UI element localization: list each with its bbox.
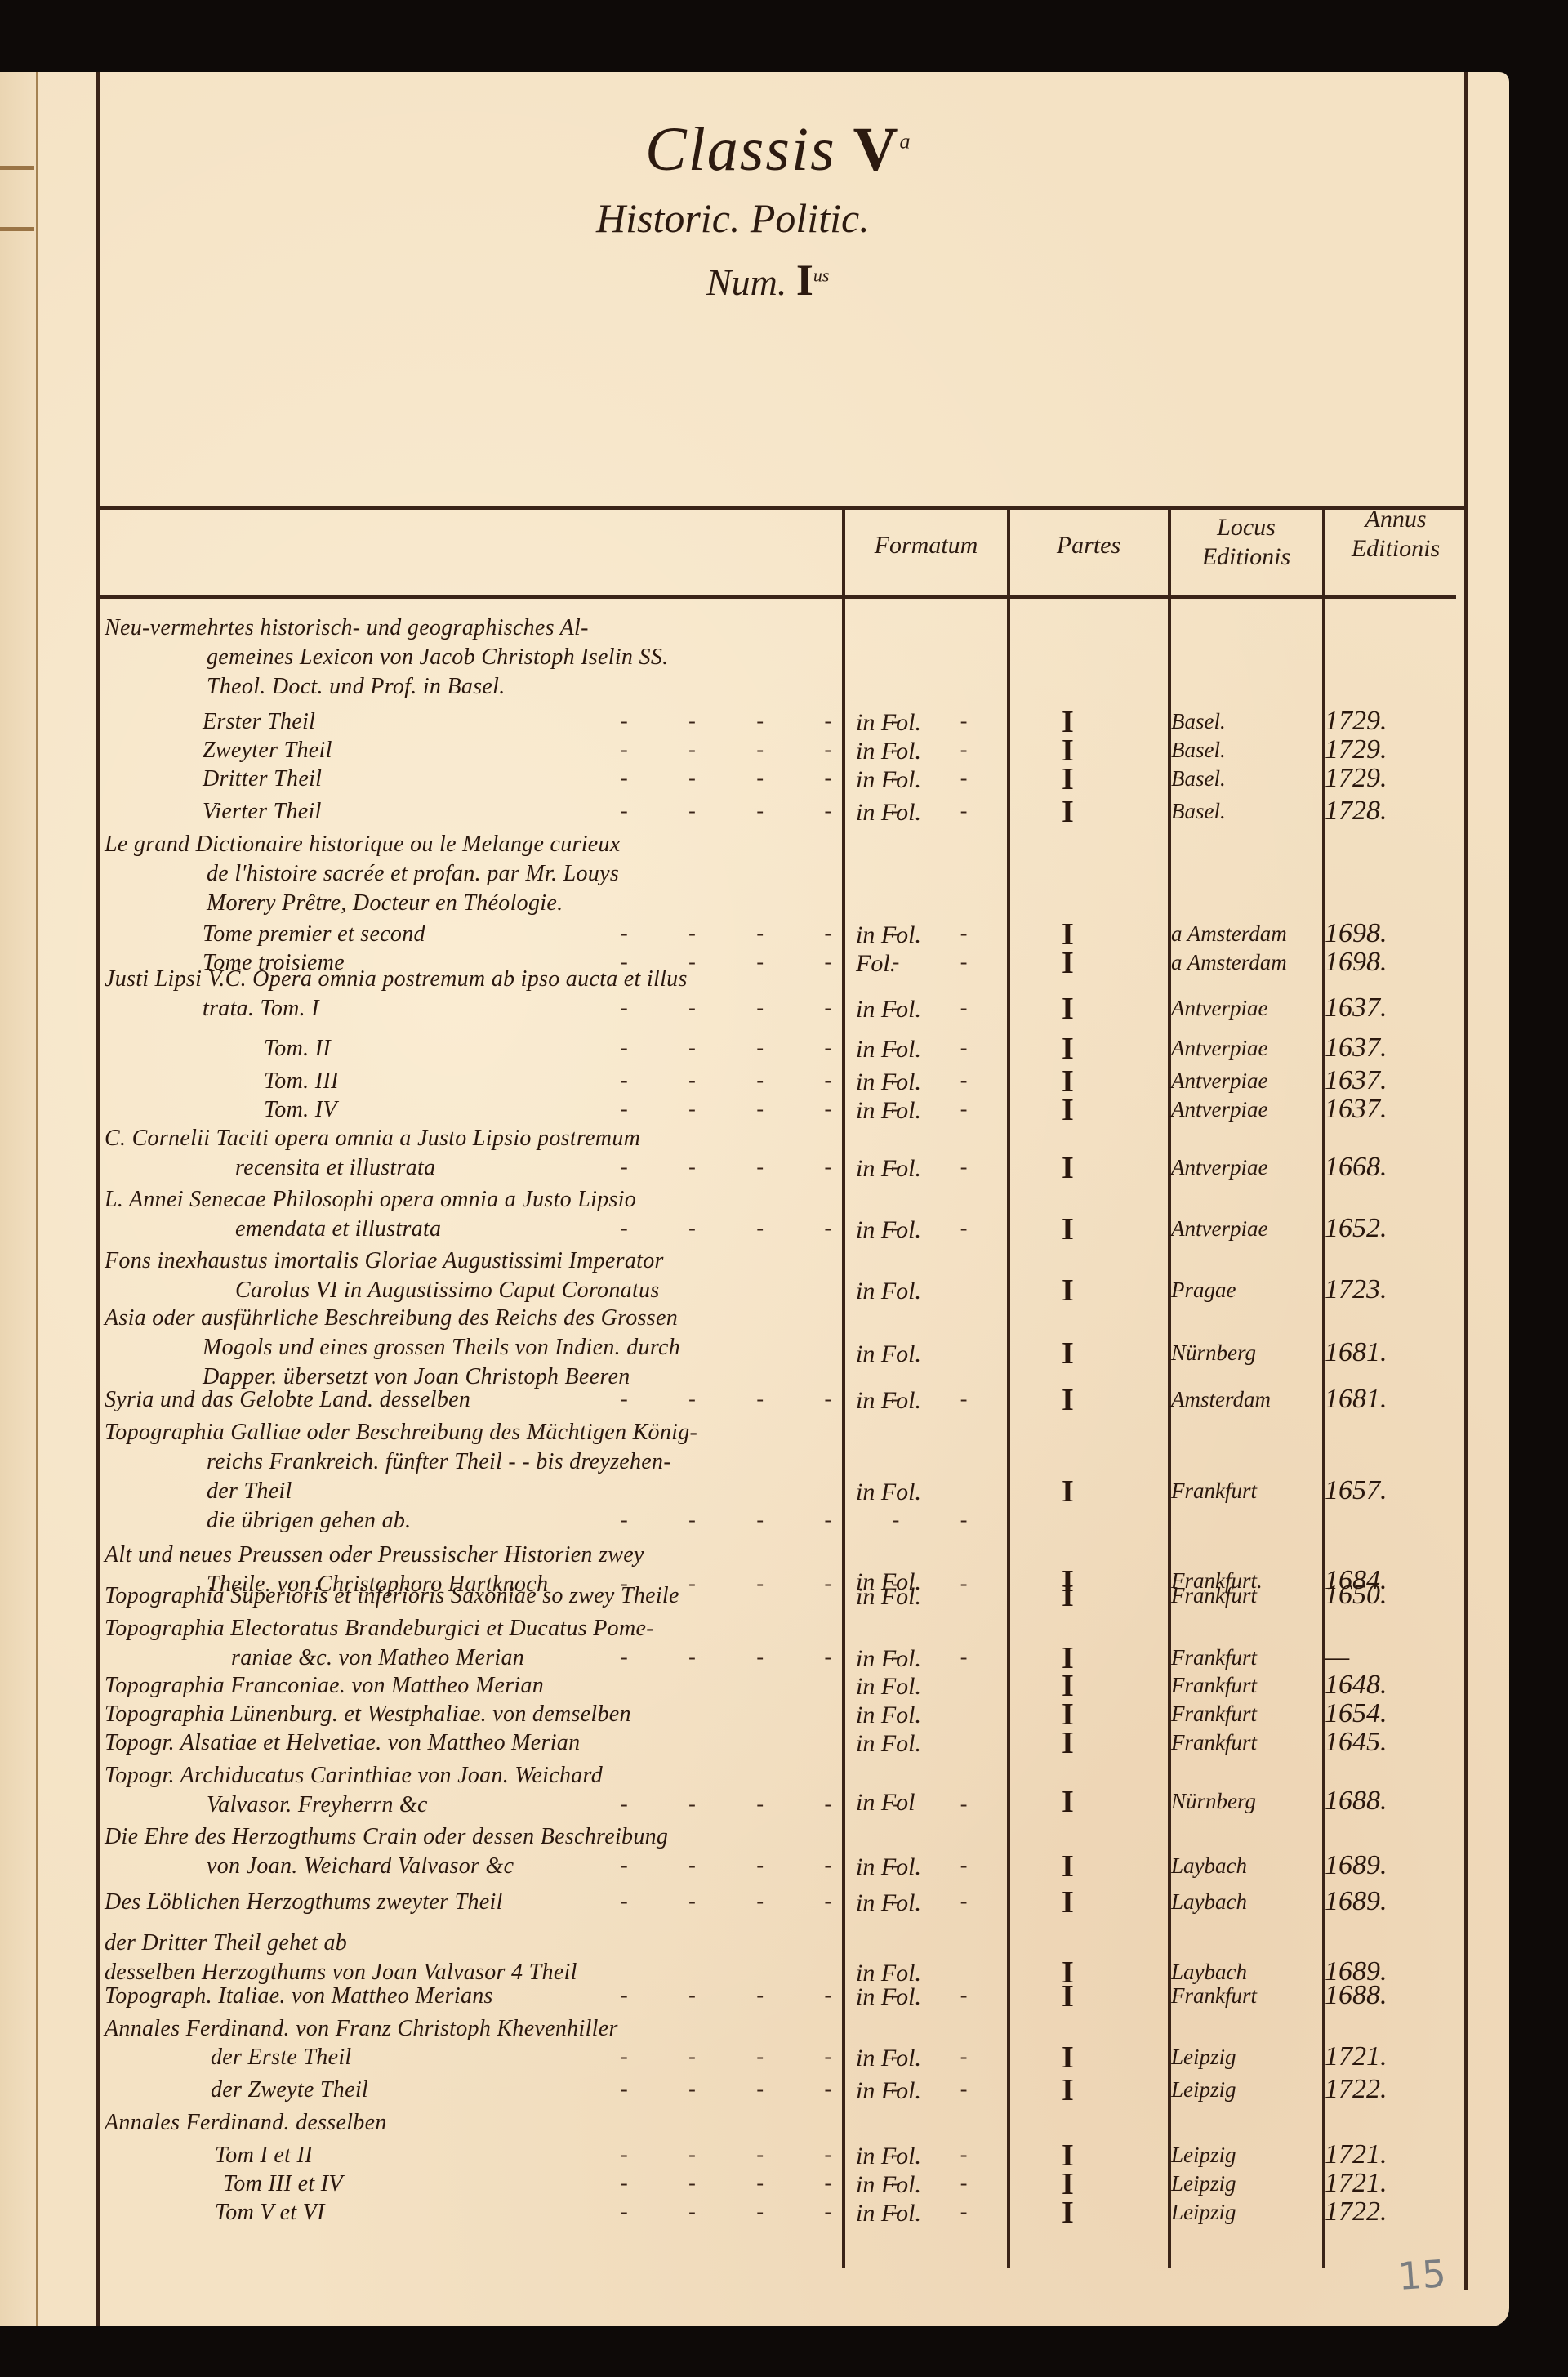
entry-title-line: von Joan. Weichard Valvasor &c (207, 1853, 514, 1880)
edition-place-cell: Frankfurt (1171, 1583, 1257, 1608)
format-cell: in Fol. (856, 2077, 921, 2105)
leader-dashes: - - - - - - (621, 2045, 995, 2069)
edition-year-cell: 1722. (1325, 2196, 1388, 2228)
column-header-annus: Annus Editionis (1326, 505, 1465, 564)
entry-title-line: Valvasor. Freyherrn &c (207, 1792, 428, 1818)
edition-year-cell: 1689. (1325, 1886, 1388, 1917)
edition-place-cell: Antverpiae (1171, 1097, 1267, 1122)
format-cell: in Fol. (856, 1097, 921, 1125)
entry-title-line: Topographia Electoratus Brandeburgici et… (105, 1616, 654, 1642)
leader-dashes: - - - - - - (621, 1853, 995, 1878)
parts-cell: I (1062, 1474, 1074, 1510)
parts-cell: I (1062, 1031, 1074, 1067)
edition-place-cell: Basel. (1171, 799, 1226, 824)
edition-year-cell: 1729. (1325, 734, 1388, 765)
edition-place-cell: a Amsterdam (1171, 921, 1287, 947)
parts-cell: I (1062, 2195, 1074, 2231)
format-cell: in Fol. (856, 1216, 921, 1244)
edition-place-cell: Frankfurt (1171, 1673, 1257, 1698)
leader-dashes: - - - - - - (621, 1155, 995, 1180)
entry-title-line: L. Annei Senecae Philosophi opera omnia … (105, 1187, 636, 1213)
edition-place-cell: Antverpiae (1171, 1155, 1267, 1180)
format-cell: in Fol. (856, 921, 921, 949)
format-cell: in Fol. (856, 2171, 921, 2199)
leader-dashes: - - - - - - (621, 2200, 995, 2224)
entry-title-line: Die Ehre des Herzogthums Crain oder dess… (105, 1824, 668, 1850)
entry-title-line: Fons inexhaustus imortalis Gloriae Augus… (105, 1248, 664, 1274)
column-header-locus: Locus Editionis (1172, 513, 1321, 572)
margin-tick (0, 166, 34, 170)
edition-place-cell: Frankfurt (1171, 1701, 1257, 1727)
entry-title-line: der Dritter Theil gehet ab (105, 1930, 347, 1956)
entry-title-line: Mogols und eines grossen Theils von Indi… (203, 1335, 680, 1361)
subject-heading: Historic. Politic. (596, 194, 870, 242)
format-cell: in Fol. (856, 1645, 921, 1673)
format-cell: in Fol. (856, 1278, 921, 1305)
leader-dashes: - - - - - - (621, 799, 995, 823)
entry-title-line: der Zweyte Theil (211, 2077, 368, 2103)
format-cell: in Fol. (856, 1853, 921, 1881)
parts-cell: I (1062, 761, 1074, 797)
leader-dashes: - - - - - - (621, 1889, 995, 1914)
parts-cell: I (1062, 945, 1074, 981)
parts-cell: I (1062, 2040, 1074, 2076)
entry-title-line: Zweyter Theil (203, 738, 332, 764)
edition-place-cell: Frankfurt (1171, 1730, 1257, 1755)
edition-year-cell: 1657. (1325, 1475, 1388, 1506)
edition-year-cell: — (1325, 1642, 1349, 1673)
leader-dashes: - - - - - - (621, 921, 995, 946)
parts-cell: I (1062, 2072, 1074, 2108)
entry-title-line: Des Löblichen Herzogthums zweyter Theil (105, 1889, 503, 1915)
entry-title-line: der Erste Theil (211, 2045, 352, 2071)
edition-year-cell: 1721. (1325, 2041, 1388, 2072)
edition-year-cell: 1637. (1325, 1094, 1388, 1125)
edition-year-cell: 1681. (1325, 1384, 1388, 1415)
format-cell: in Fol. (856, 1387, 921, 1415)
edition-place-cell: Leipzig (1171, 2143, 1236, 2168)
entry-title-line: emendata et illustrata (235, 1216, 441, 1242)
entry-title-line: Neu-vermehrtes historisch- und geographi… (105, 615, 589, 641)
format-cell: in Fol. (856, 2143, 921, 2170)
parts-cell: I (1062, 1382, 1074, 1418)
format-cell: in Fol. (856, 2045, 921, 2072)
format-cell: in Fol. (856, 1068, 921, 1096)
edition-place-cell: Amsterdam (1171, 1387, 1271, 1412)
entry-title-line: Tom. III (264, 1068, 339, 1095)
entry-title-line: Annales Ferdinand. von Franz Christoph K… (105, 2016, 618, 2042)
parts-cell: I (1062, 1784, 1074, 1820)
format-cell: in Fol. (856, 996, 921, 1023)
edition-place-cell: Laybach (1171, 1960, 1247, 1985)
format-cell: in Fol. (856, 1036, 921, 1064)
format-cell: in Fol. (856, 1583, 921, 1611)
entry-title-line: recensita et illustrata (235, 1155, 435, 1181)
leader-dashes: - - - - - - (621, 2143, 995, 2167)
previous-page-edge (0, 72, 38, 2326)
edition-year-cell: 1681. (1325, 1337, 1388, 1368)
entry-title-line: Asia oder ausführliche Beschreibung des … (105, 1305, 678, 1331)
entry-title-line: Tome premier et second (203, 921, 425, 948)
parts-cell: I (1062, 1849, 1074, 1884)
edition-place-cell: Frankfurt (1171, 1983, 1257, 2009)
leader-dashes: - - - - - - (621, 1792, 995, 1817)
parts-cell: I (1062, 1725, 1074, 1761)
edition-place-cell: Leipzig (1171, 2077, 1236, 2103)
edition-year-cell: 1645. (1325, 1727, 1388, 1758)
format-cell: in Fol. (856, 799, 921, 827)
entry-title-line: Carolus VI in Augustissimo Caput Coronat… (235, 1278, 660, 1304)
format-cell: in Fol (856, 1789, 915, 1817)
entry-title-line: C. Cornelii Taciti opera omnia a Justo L… (105, 1126, 640, 1152)
leader-dashes: - - - - - - (621, 738, 995, 762)
leader-dashes: - - - - - - (621, 996, 995, 1020)
edition-place-cell: Antverpiae (1171, 996, 1267, 1021)
entry-title-line: Topographia Franconiae. von Mattheo Meri… (105, 1673, 544, 1699)
edition-year-cell: 1729. (1325, 706, 1388, 737)
format-cell: in Fol. (856, 1983, 921, 2011)
number-heading: Num. Ius (706, 255, 829, 305)
leader-dashes: - - - - - - (621, 1645, 995, 1670)
leader-dashes: - - - - - - (621, 2077, 995, 2102)
partes-column-rule (1007, 508, 1010, 2268)
edition-year-cell: 1721. (1325, 2168, 1388, 2199)
left-margin-rule (96, 72, 100, 2326)
right-margin-rule (1464, 72, 1468, 2290)
edition-place-cell: Pragae (1171, 1278, 1236, 1303)
entry-title-line: Erster Theil (203, 709, 315, 735)
column-header-partes: Partes (1011, 531, 1166, 560)
leader-dashes: - - - - - - (621, 1068, 995, 1093)
entry-title-line: desselben Herzogthums von Joan Valvasor … (105, 1960, 577, 1986)
entry-title-line: Alt und neues Preussen oder Preussischer… (105, 1542, 644, 1568)
entry-title-line: Tom V et VI (215, 2200, 325, 2226)
entry-title-line: Morery Prêtre, Docteur en Théologie. (207, 890, 563, 916)
edition-year-cell: 1668. (1325, 1152, 1388, 1183)
entry-title-line: Syria und das Gelobte Land. desselben (105, 1387, 470, 1413)
format-cell: in Fol. (856, 1340, 921, 1368)
edition-place-cell: Basel. (1171, 709, 1226, 734)
entry-title-line: Le grand Dictionaire historique ou le Me… (105, 832, 621, 858)
parts-cell: I (1062, 1578, 1074, 1614)
entry-title-line: Tom III et IV (223, 2171, 343, 2197)
leader-dashes: - - - - - - (621, 1097, 995, 1122)
edition-place-cell: Laybach (1171, 1889, 1247, 1915)
leader-dashes: - - - - - - (621, 2171, 995, 2196)
edition-place-cell: Leipzig (1171, 2200, 1236, 2225)
edition-place-cell: Laybach (1171, 1853, 1247, 1879)
entry-title-line: Tom. IV (264, 1097, 337, 1123)
edition-place-cell: Antverpiae (1171, 1068, 1267, 1094)
edition-year-cell: 1721. (1325, 2139, 1388, 2170)
leader-dashes: - - - - - - (621, 1508, 995, 1532)
parts-cell: I (1062, 1092, 1074, 1128)
entry-title-line: Justi Lipsi V.C. Opera omnia postremum a… (105, 966, 688, 992)
entry-title-line: die übrigen gehen ab. (207, 1508, 411, 1534)
leader-dashes: - - - - - - (621, 1387, 995, 1411)
classis-heading: Classis Va (645, 114, 912, 185)
entry-title-line: Topographia Lünenburg. et Westphaliae. v… (105, 1701, 631, 1728)
edition-year-cell: 1698. (1325, 918, 1388, 949)
entry-title-line: Theol. Doct. und Prof. in Basel. (207, 674, 506, 700)
edition-place-cell: Antverpiae (1171, 1036, 1267, 1061)
format-cell: Fol. (856, 950, 896, 978)
edition-year-cell: 1654. (1325, 1698, 1388, 1729)
entry-title-line: Topograph. Italiae. von Mattheo Merians (105, 1983, 493, 2009)
parts-cell: I (1062, 1150, 1074, 1186)
parts-cell: I (1062, 1273, 1074, 1309)
edition-year-cell: 1723. (1325, 1274, 1388, 1305)
format-cell: in Fol. (856, 738, 921, 765)
parts-cell: I (1062, 1211, 1074, 1247)
entry-title-line: Vierter Theil (203, 799, 322, 825)
edition-year-cell: 1652. (1325, 1213, 1388, 1244)
edition-year-cell: 1648. (1325, 1670, 1388, 1701)
entry-title-line: raniae &c. von Matheo Merian (231, 1645, 524, 1671)
edition-place-cell: Nürnberg (1171, 1789, 1256, 1814)
entry-title-line: trata. Tom. I (203, 996, 319, 1022)
edition-year-cell: 1688. (1325, 1786, 1388, 1817)
format-cell: in Fol. (856, 2200, 921, 2228)
edition-place-cell: Leipzig (1171, 2171, 1236, 2196)
edition-place-cell: a Amsterdam (1171, 950, 1287, 975)
edition-place-cell: Leipzig (1171, 2045, 1236, 2070)
header-top-rule (96, 506, 1468, 510)
parts-cell: I (1062, 1336, 1074, 1371)
margin-tick (0, 227, 34, 231)
entry-title-line: gemeines Lexicon von Jacob Christoph Ise… (207, 644, 668, 671)
format-cell: in Fol. (856, 1701, 921, 1729)
leader-dashes: - - - - - - (621, 1983, 995, 2008)
edition-year-cell: 1637. (1325, 1032, 1388, 1064)
entry-title-line: Tom. II (264, 1036, 331, 1062)
edition-year-cell: 1728. (1325, 796, 1388, 827)
edition-year-cell: 1698. (1325, 947, 1388, 978)
edition-year-cell: 1637. (1325, 992, 1388, 1023)
format-cell: in Fol. (856, 1730, 921, 1758)
edition-place-cell: Basel. (1171, 738, 1226, 763)
entry-title-line: de l'histoire sacrée et profan. par Mr. … (207, 861, 619, 887)
edition-place-cell: Frankfurt (1171, 1645, 1257, 1670)
format-cell: in Fol. (856, 1155, 921, 1183)
header-bottom-rule (96, 595, 1456, 599)
parts-cell: I (1062, 991, 1074, 1027)
parts-cell: I (1062, 794, 1074, 830)
leader-dashes: - - - - - - (621, 709, 995, 734)
edition-place-cell: Nürnberg (1171, 1340, 1256, 1366)
edition-year-cell: 1722. (1325, 2074, 1388, 2105)
folio-number: 15 (1396, 2251, 1447, 2299)
entry-title-line: Topogr. Archiducatus Carinthiae von Joan… (105, 1763, 603, 1789)
edition-year-cell: 1688. (1325, 1980, 1388, 2011)
parts-cell: I (1062, 1884, 1074, 1920)
column-header-formatum: Formatum (846, 531, 1006, 560)
leader-dashes: - - - - - - (621, 766, 995, 791)
entry-title-line: Annales Ferdinand. desselben (105, 2110, 387, 2136)
entry-title-line: Dritter Theil (203, 766, 322, 792)
format-cell: in Fol. (856, 709, 921, 737)
edition-place-cell: Frankfurt (1171, 1478, 1257, 1504)
format-cell: in Fol. (856, 1673, 921, 1701)
edition-year-cell: 1729. (1325, 763, 1388, 794)
leader-dashes: - - - - - - (621, 1216, 995, 1241)
edition-year-cell: 1637. (1325, 1065, 1388, 1096)
format-cell: in Fol. (856, 1889, 921, 1917)
entry-title-line: Topogr. Alsatiae et Helvetiae. von Matth… (105, 1730, 580, 1756)
parts-cell: I (1062, 1978, 1074, 2014)
edition-year-cell: 1650. (1325, 1580, 1388, 1611)
entry-title-line: der Theil (207, 1478, 292, 1505)
entry-title-line: Topographia Galliae oder Beschreibung de… (105, 1420, 697, 1446)
edition-place-cell: Antverpiae (1171, 1216, 1267, 1242)
format-cell: in Fol. (856, 766, 921, 794)
edition-place-cell: Basel. (1171, 766, 1226, 792)
format-cell: in Fol. (856, 1478, 921, 1506)
entry-title-line: reichs Frankreich. fünfter Theil - - bis… (207, 1449, 671, 1475)
entry-title-line: Tom I et II (215, 2143, 313, 2169)
entry-title-line: Topographia Superioris et inferioris Sax… (105, 1583, 679, 1609)
leader-dashes: - - - - - - (621, 1036, 995, 1060)
edition-year-cell: 1689. (1325, 1850, 1388, 1881)
